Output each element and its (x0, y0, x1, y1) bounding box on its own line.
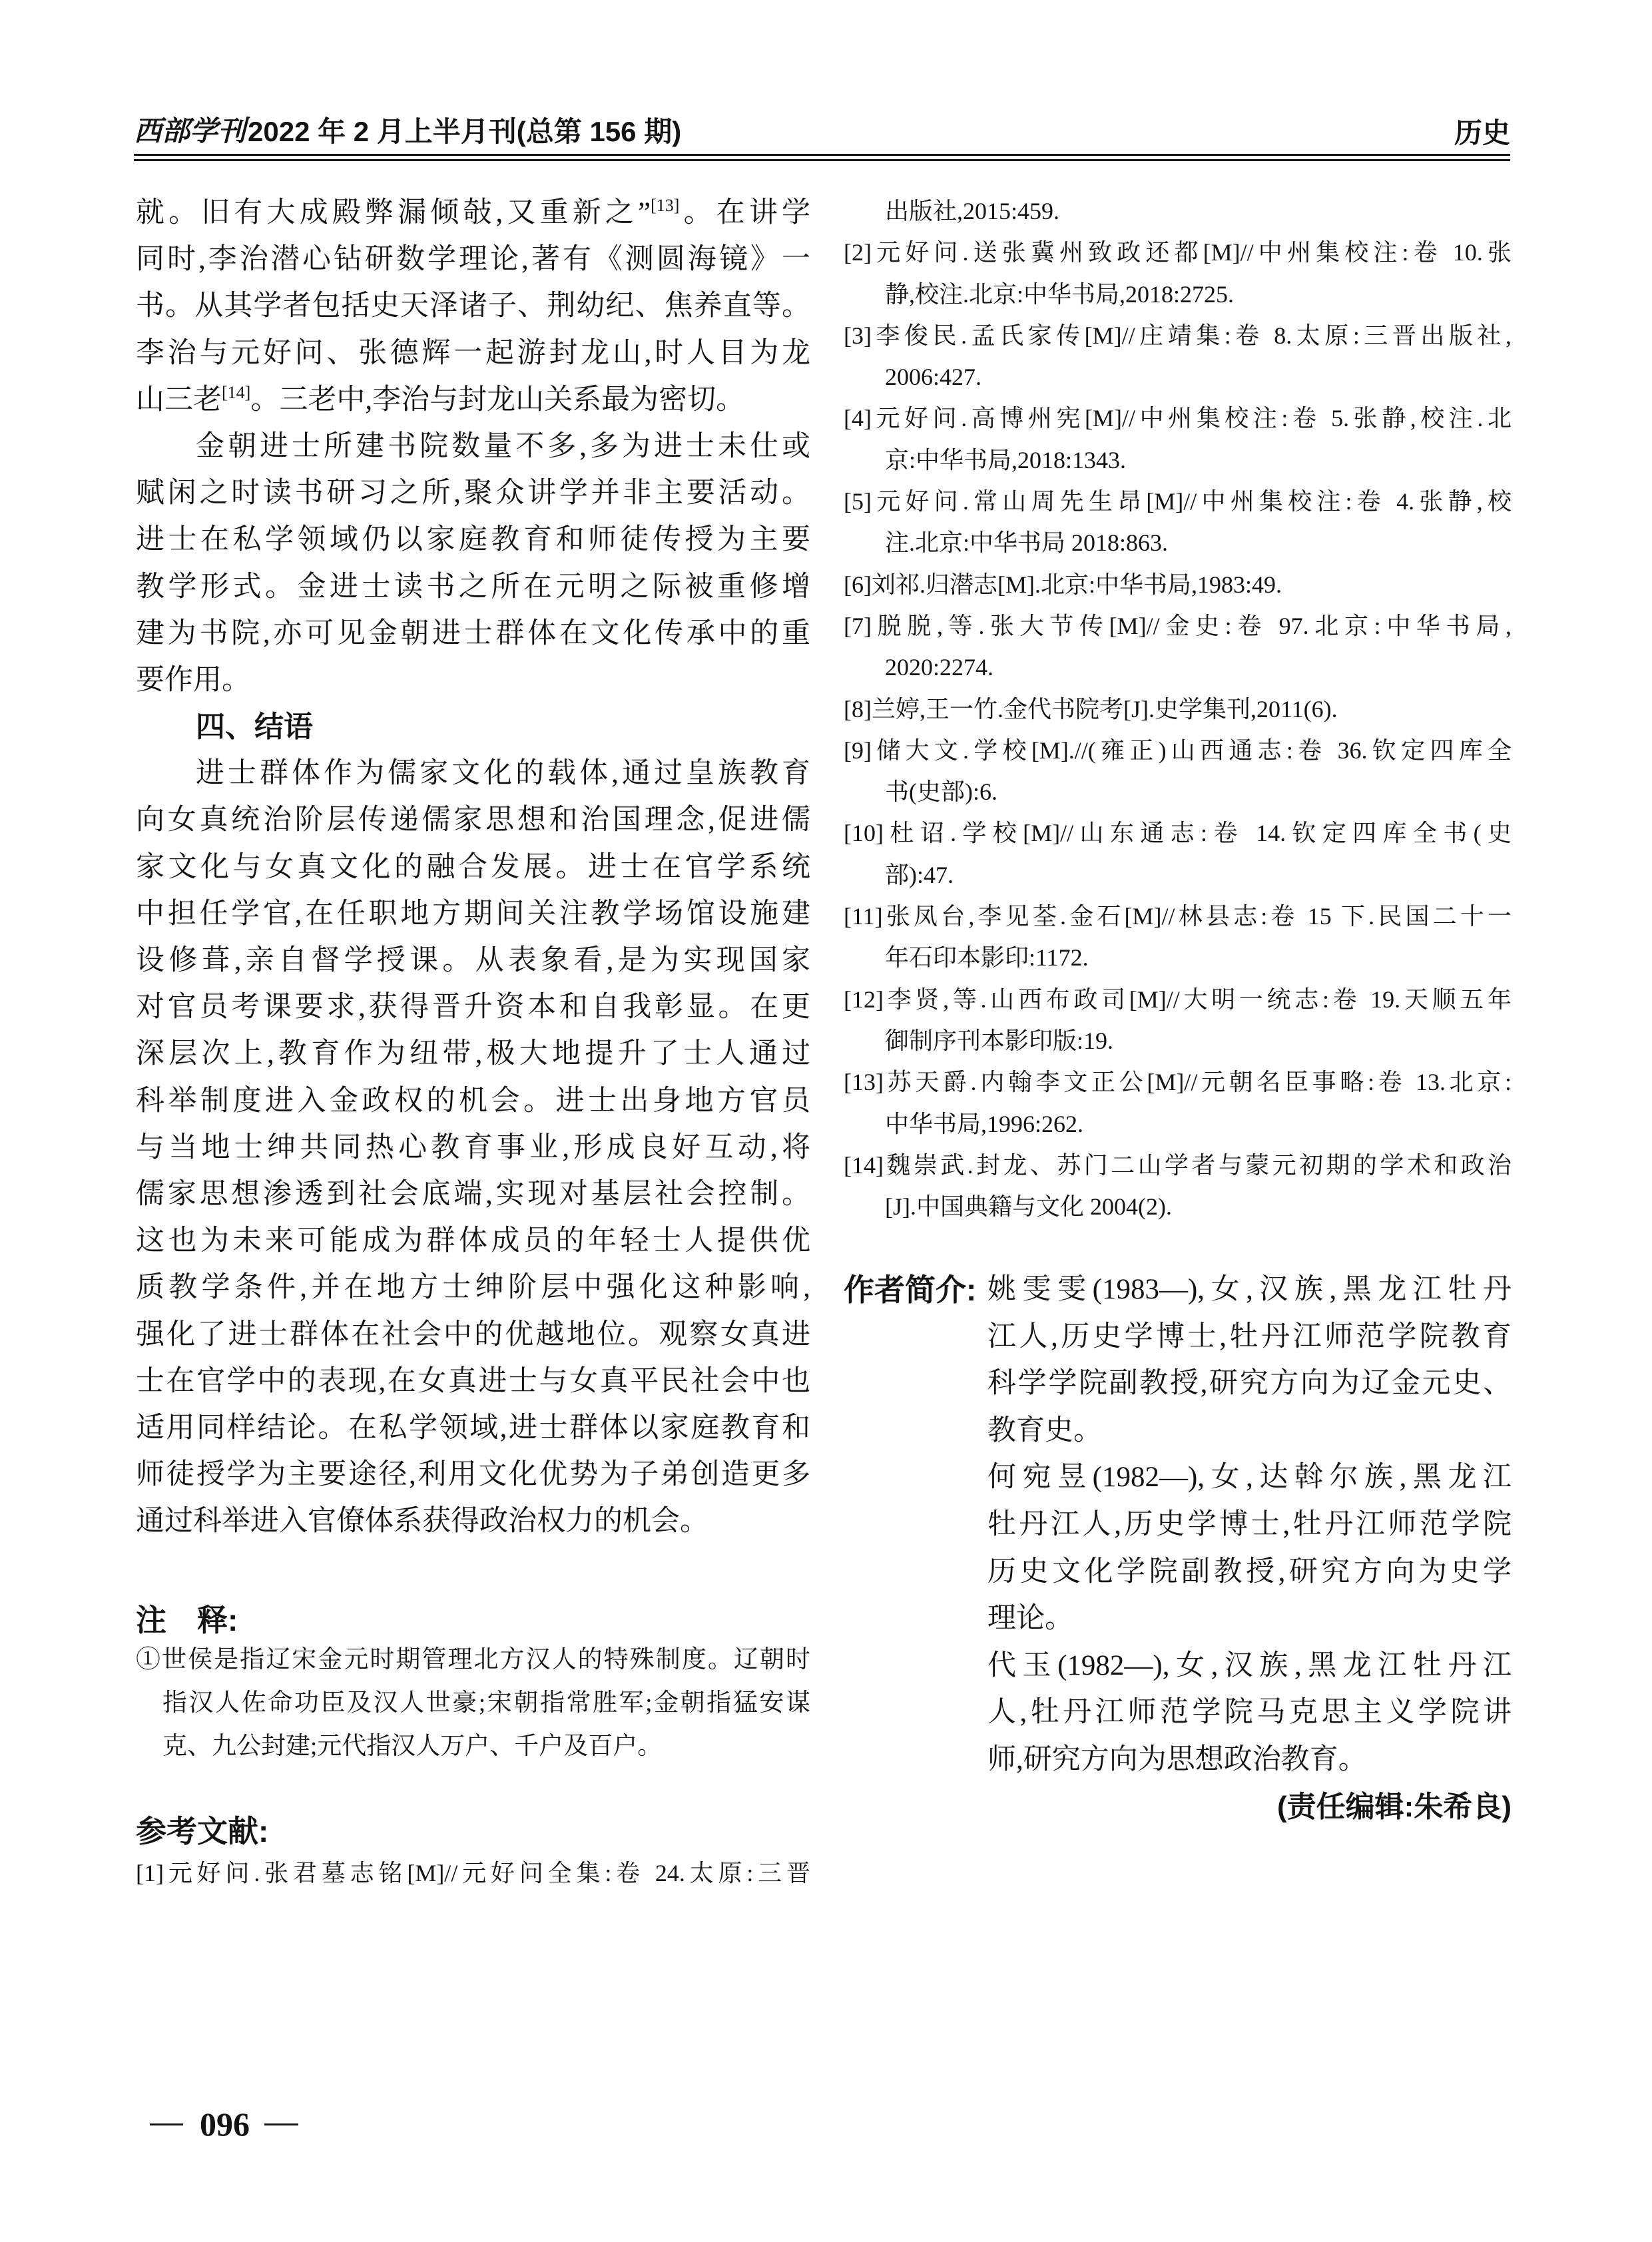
bio-line: 牡丹江人,历史学博士,牡丹江师范学院 (844, 1502, 1512, 1549)
reference-label: [1] (136, 1860, 164, 1886)
body-text: 。在讲学 (679, 197, 810, 228)
bio-line: 江人,历史学博士,牡丹江师范学院教育 (844, 1314, 1512, 1361)
reference-label: [11] (844, 903, 883, 930)
reference-line: 书(史部):6. (844, 771, 1512, 812)
body-line: 师徒授学为主要途径,利用文化优势为子弟创造更多 (136, 1452, 810, 1498)
bio-line: 理论。 (844, 1595, 1512, 1643)
reference-line: [4]元好问.高博州宪[M]//中州集校注:卷 5.张静,校注.北 (844, 398, 1512, 439)
author-intro-label: 作者简介: (844, 1266, 976, 1314)
reference-label: [5] (844, 488, 872, 515)
reference-text: 李贤,等.山西布政司[M]//大明一统志:卷 19.天顺五年 (884, 986, 1512, 1013)
section-name: 历史 (1454, 116, 1510, 150)
reference-text: 苏天爵.内翰李文正公[M]//元朝名臣事略:卷 13.北京: (884, 1069, 1512, 1095)
bio-line: 师,研究方向为思想政治教育。 (844, 1737, 1512, 1784)
reference-text: 李俊民.孟氏家传[M]//庄靖集:卷 8.太原:三晋出版社, (872, 322, 1512, 349)
reference-text: 元好问.常山周先生昂[M]//中州集校注:卷 4.张静,校 (872, 488, 1512, 515)
body-line: 就。旧有大成殿弊漏倾敧,又重新之”[13]。在讲学 (136, 190, 810, 236)
reference-label: [14] (844, 1152, 884, 1179)
body-text: 山三老 (136, 384, 222, 416)
reference-line: [6]刘祁.归潜志[M].北京:中华书局,1983:49. (844, 564, 1512, 605)
body-line: 要作用。 (136, 657, 810, 704)
references-heading: 参考文献: (136, 1811, 268, 1851)
reference-line: [7]脱脱,等.张大节传[M]//金史:卷 97.北京:中华书局, (844, 605, 1512, 647)
body-line: 向女真统治阶层传递儒家思想和治国理念,促进儒 (136, 797, 810, 844)
reference-line: [2]元好问.送张冀州致政还都[M]//中州集校注:卷 10.张 (844, 232, 1512, 273)
note-line: 克、九公封建;元代指汉人万户、千户及百户。 (136, 1725, 810, 1768)
reference-line: 注.北京:中华书局 2018:863. (844, 522, 1512, 563)
reference-label: [13] (844, 1069, 884, 1095)
reference-label: [8] (844, 696, 872, 722)
reference-line: [11]张凤台,李见荃.金石[M]//林县志:卷 15 下.民国二十一 (844, 896, 1512, 937)
header-rule-thin (134, 159, 1510, 161)
page-number: 096 (200, 2104, 250, 2144)
note-line: 指汉人佐命功臣及汉人世豪;宋朝指常胜军;金朝指猛安谋 (136, 1681, 810, 1725)
bio-line: 历史文化学院副教授,研究方向为史学 (844, 1549, 1512, 1596)
body-text: 。三老中,李治与封龙山关系最为密切。 (250, 384, 744, 416)
reference-text: 元好问.张君墓志铭[M]//元好问全集:卷 24.太原:三晋 (164, 1860, 810, 1886)
reference-label: [12] (844, 986, 884, 1013)
note-line: ①世侯是指辽宋金元时期管理北方汉人的特殊制度。辽朝时 (136, 1638, 810, 1681)
notes-heading: 注 释: (136, 1600, 238, 1640)
body-line: 强化了进士群体在社会中的优越地位。观察女真进 (136, 1312, 810, 1358)
bio-line: 何宛昱(1982—),女,达斡尔族,黑龙江 (844, 1454, 1512, 1502)
note-text: 世侯是指辽宋金元时期管理北方汉人的特殊制度。辽朝时 (162, 1646, 810, 1673)
body-line: 同时,李治潜心钻研数学理论,著有《测圆海镜》一 (136, 236, 810, 283)
body-line: 教学形式。金进士读书之所在元明之际被重修增 (136, 564, 810, 611)
body-line: 家文化与女真文化的融合发展。进士在官学系统 (136, 844, 810, 891)
reference-text: 兰婷,王一竹.金代书院考[J].史学集刊,2011(6). (872, 696, 1338, 722)
bio-line: 作者简介:姚雯雯(1983—),女,汉族,黑龙江牡丹 (844, 1266, 1512, 1314)
body-line: 建为书院,亦可见金朝进士群体在文化传承中的重 (136, 611, 810, 657)
body-line: 中担任学官,在任职地方期间关注教学场馆设施建 (136, 891, 810, 938)
reference-text: 刘祁.归潜志[M].北京:中华书局,1983:49. (872, 571, 1282, 598)
body-line: 金朝进士所建书院数量不多,多为进士未仕或 (136, 423, 810, 470)
reference-label: [7] (844, 613, 872, 639)
bio-line: 科学学院副教授,研究方向为辽金元史、 (844, 1360, 1512, 1408)
reference-label: [6] (844, 571, 872, 598)
body-line: 赋闲之时读书研习之所,聚众讲学并非主要活动。 (136, 470, 810, 517)
references-list-right: 出版社,2015:459. [2]元好问.送张冀州致政还都[M]//中州集校注:… (844, 190, 1512, 1227)
reference-text: 元好问.送张冀州致政还都[M]//中州集校注:卷 10.张 (872, 239, 1512, 266)
reference-text: 张凤台,李见荃.金石[M]//林县志:卷 15 下.民国二十一 (883, 903, 1512, 930)
body-line: 与当地士绅共同热心教育事业,形成良好互动,将 (136, 1125, 810, 1171)
body-line: 适用同样结论。在私学领域,进士群体以家庭教育和 (136, 1405, 810, 1452)
reference-line: [14]魏崇武.封龙、苏门二山学者与蒙元初期的学术和政治 (844, 1145, 1512, 1186)
bio-line: 代玉(1982—),女,汉族,黑龙江牡丹江 (844, 1643, 1512, 1690)
body-line: 通过科举进入官僚体系获得政治权力的机会。 (136, 1498, 810, 1545)
reference-line: 御制序刊本影印版:19. (844, 1020, 1512, 1061)
body-line: 进士群体作为儒家文化的载体,通过皇族教育 (136, 750, 810, 797)
body-line: 深层次上,教育作为纽带,极大地提升了士人通过 (136, 1031, 810, 1077)
body-line: 儒家思想渗透到社会底端,实现对基层社会控制。 (136, 1171, 810, 1218)
citation-superscript: [13] (651, 196, 679, 215)
note-marker: ① (136, 1646, 162, 1673)
reference-line: [5]元好问.常山周先生昂[M]//中州集校注:卷 4.张静,校 (844, 481, 1512, 522)
citation-superscript: [14] (222, 383, 250, 402)
body-line: 山三老[14]。三老中,李治与封龙山关系最为密切。 (136, 377, 810, 423)
bio-text: 姚雯雯(1983—),女,汉族,黑龙江牡丹 (987, 1274, 1512, 1305)
reference-label: [3] (844, 322, 872, 349)
reference-line: [8]兰婷,王一竹.金代书院考[J].史学集刊,2011(6). (844, 689, 1512, 730)
reference-line: 中华书局,1996:262. (844, 1103, 1512, 1145)
left-column-body: 就。旧有大成殿弊漏倾敧,又重新之”[13]。在讲学 同时,李治潜心钻研数学理论,… (136, 190, 810, 1545)
reference-text: 元好问.高博州宪[M]//中州集校注:卷 5.张静,校注.北 (872, 405, 1512, 431)
reference-label: [2] (844, 239, 872, 266)
body-line: 对官员考课要求,获得晋升资本和自我彰显。在更 (136, 984, 810, 1031)
body-line: 进士在私学领域仍以家庭教育和师徒传授为主要 (136, 517, 810, 563)
reference-line: [10]杜诏.学校[M]//山东通志:卷 14.钦定四库全书(史 (844, 812, 1512, 854)
header-rule-thick (134, 154, 1510, 156)
body-line: 质教学条件,并在地方士绅阶层中强化这种影响, (136, 1264, 810, 1311)
reference-line: 2006:427. (844, 356, 1512, 398)
reference-label: [4] (844, 405, 872, 431)
reference-text: 储大文.学校[M].//(雍正)山西通志:卷 36.钦定四库全 (872, 737, 1512, 764)
reference-line: 部):47. (844, 854, 1512, 896)
reference-text: 杜诏.学校[M]//山东通志:卷 14.钦定四库全书(史 (884, 820, 1512, 846)
references-list-left: [1]元好问.张君墓志铭[M]//元好问全集:卷 24.太原:三晋 (136, 1852, 810, 1894)
reference-line: [J].中国典籍与文化 2004(2). (844, 1186, 1512, 1227)
responsible-editor: (责任编辑:朱希良) (844, 1784, 1512, 1831)
reference-line: 静,校注.北京:中华书局,2018:2725. (844, 274, 1512, 315)
page-number-dash-right (264, 2123, 298, 2125)
reference-line: [3]李俊民.孟氏家传[M]//庄靖集:卷 8.太原:三晋出版社, (844, 315, 1512, 356)
issue-info: 2022 年 2 月上半月刊(总第 156 期) (248, 115, 681, 149)
body-text: 就。旧有大成殿弊漏倾敧,又重新之” (136, 197, 651, 228)
reference-label: [10] (844, 820, 884, 846)
reference-line: 年石印本影印:1172. (844, 937, 1512, 978)
reference-line: [9]储大文.学校[M].//(雍正)山西通志:卷 36.钦定四库全 (844, 730, 1512, 771)
reference-line: [13]苏天爵.内翰李文正公[M]//元朝名臣事略:卷 13.北京: (844, 1061, 1512, 1103)
body-line: 这也为未来可能成为群体成员的年轻士人提供优 (136, 1218, 810, 1264)
page-number-dash-left (150, 2123, 183, 2125)
reference-text: 魏崇武.封龙、苏门二山学者与蒙元初期的学术和政治 (884, 1152, 1512, 1179)
body-line: 书。从其学者包括史天泽诸子、荆幼纪、焦养直等。 (136, 283, 810, 330)
body-line: 李治与元好问、张德辉一起游封龙山,时人目为龙 (136, 330, 810, 377)
reference-label: [9] (844, 737, 872, 764)
section-heading: 四、结语 (136, 704, 810, 750)
reference-text: 脱脱,等.张大节传[M]//金史:卷 97.北京:中华书局, (872, 613, 1512, 639)
reference-line: 出版社,2015:459. (844, 190, 1512, 232)
notes-list: ①世侯是指辽宋金元时期管理北方汉人的特殊制度。辽朝时 指汉人佐命功臣及汉人世豪;… (136, 1638, 810, 1768)
bio-line: 人,牡丹江师范学院马克思主义学院讲 (844, 1689, 1512, 1737)
reference-line: [1]元好问.张君墓志铭[M]//元好问全集:卷 24.太原:三晋 (136, 1852, 810, 1894)
body-line: 士在官学中的表现,在女真进士与女真平民社会中也 (136, 1358, 810, 1405)
bio-line: 教育史。 (844, 1408, 1512, 1455)
body-line: 设修葺,亲自督学授课。从表象看,是为实现国家 (136, 938, 810, 984)
journal-logo: 西部学刊 (134, 113, 246, 150)
reference-line: 2020:2274. (844, 647, 1512, 688)
author-intro: 作者简介:姚雯雯(1983—),女,汉族,黑龙江牡丹 江人,历史学博士,牡丹江师… (844, 1266, 1512, 1830)
body-line: 科举制度进入金政权的机会。进士出身地方官员 (136, 1078, 810, 1125)
reference-line: 京:中华书局,2018:1343. (844, 439, 1512, 481)
reference-line: [12]李贤,等.山西布政司[M]//大明一统志:卷 19.天顺五年 (844, 979, 1512, 1020)
